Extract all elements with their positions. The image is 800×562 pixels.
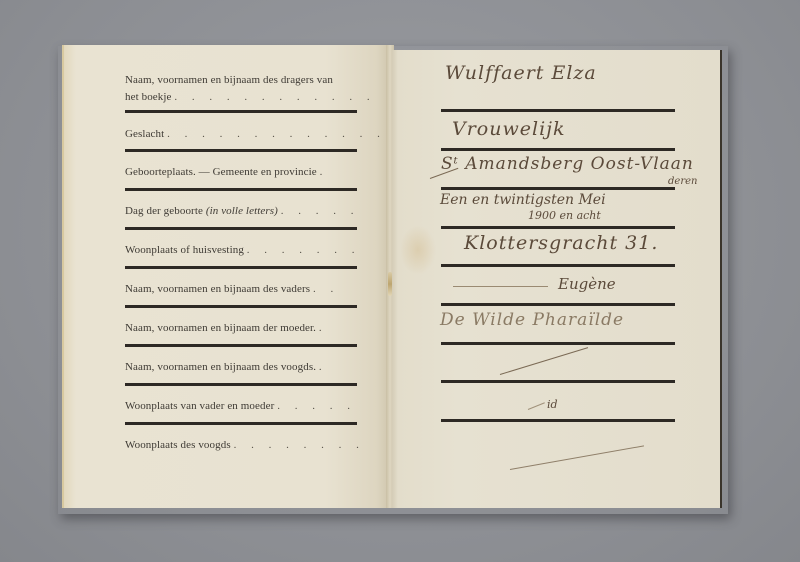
label-italic-text: (in volle letters): [206, 205, 278, 217]
field-label-bearer-name: Naam, voornamen en bijnaam des dragers v…: [125, 71, 357, 89]
rule-line: [125, 188, 357, 191]
rule-line: [125, 344, 357, 347]
rule-line: [441, 342, 675, 345]
label-text: Geslacht: [125, 128, 164, 140]
rule-line: [441, 187, 675, 190]
label-text: Geboorteplaats. — Gemeente en provincie: [125, 166, 317, 178]
field-label-residence: Woonplaats of huisvesting . . . . . . .: [125, 241, 357, 259]
leader-dots: . . . . . . . . . . . .: [174, 91, 375, 103]
pen-dash: [453, 286, 548, 287]
handwritten-sex: Vrouwelijk: [452, 118, 566, 140]
label-text: Naam, voornamen en bijnaam des voogds.: [125, 361, 316, 373]
rule-line: [125, 305, 357, 308]
label-text: het boekje: [125, 91, 172, 103]
leader-dots: .: [319, 361, 328, 373]
label-text: Woonplaats van vader en moeder: [125, 400, 274, 412]
field-label-guardian-name: Naam, voornamen en bijnaam des voogds. .: [125, 358, 357, 376]
leader-dots: . . . . .: [277, 400, 356, 412]
handwritten-birthplace-continuation: deren: [668, 176, 697, 187]
field-label-mother-name: Naam, voornamen en bijnaam der moeder. .: [125, 319, 357, 337]
field-label-guardian-residence: Woonplaats des voogds . . . . . . . .: [125, 436, 357, 454]
leader-dots: . .: [313, 283, 339, 295]
label-text: Dag der geboorte: [125, 205, 203, 217]
label-text: Naam, voornamen en bijnaam der moeder.: [125, 322, 316, 334]
rule-line: [125, 422, 357, 425]
handwritten-residence: Klottersgracht 31.: [464, 232, 658, 254]
field-label-sex: Geslacht . . . . . . . . . . . . . . .: [125, 125, 357, 143]
leader-dots: . . . . . . .: [247, 244, 361, 256]
rule-line: [125, 227, 357, 230]
handwritten-father-name: Eugène: [558, 275, 616, 293]
leader-dots: . . . . . . . . . . . . . . .: [167, 128, 421, 140]
label-text: Woonplaats of huisvesting: [125, 244, 244, 256]
field-label-birth-date: Dag der geboorte (in volle letters) . . …: [125, 202, 357, 220]
leader-dots: .: [320, 166, 329, 178]
rule-line: [441, 303, 675, 306]
field-label-parents-residence: Woonplaats van vader en moeder . . . . .: [125, 397, 357, 415]
rule-line: [441, 109, 675, 112]
label-text: Woonplaats des voogds: [125, 439, 231, 451]
rule-line: [441, 264, 675, 267]
handwritten-parents-residence: id: [547, 398, 558, 411]
rule-line: [441, 226, 675, 229]
rule-line: [441, 419, 675, 422]
field-label-father-name: Naam, voornamen en bijnaam des vaders . …: [125, 280, 357, 298]
field-label-bearer-name-line2: het boekje . . . . . . . . . . . .: [125, 88, 357, 106]
handwritten-birth-date-line2: 1900 en acht: [528, 209, 601, 222]
leader-dots: . . . . . . . .: [234, 439, 365, 451]
label-text: Naam, voornamen en bijnaam des vaders: [125, 283, 310, 295]
leader-dots: . . . . .: [281, 205, 360, 217]
label-text: Naam, voornamen en bijnaam des dragers v…: [125, 74, 333, 86]
handwritten-birth-date: Een en twintigsten Mei: [440, 192, 606, 208]
rule-line: [125, 110, 357, 113]
rule-line: [125, 149, 357, 152]
leader-dots: .: [319, 322, 328, 334]
handwritten-mother-name: De Wilde Pharaïlde: [440, 310, 624, 330]
rule-line: [125, 266, 357, 269]
handwritten-birthplace: Sᵗ Amandsberg Oost-Vlaan: [441, 154, 694, 174]
paper-stain: [400, 225, 436, 275]
rule-line: [441, 380, 675, 383]
rule-line: [125, 383, 357, 386]
handwritten-bearer-name: Wulffaert Elza: [445, 62, 597, 84]
field-label-birthplace: Geboorteplaats. — Gemeente en provincie …: [125, 163, 357, 181]
rule-line: [441, 148, 675, 151]
